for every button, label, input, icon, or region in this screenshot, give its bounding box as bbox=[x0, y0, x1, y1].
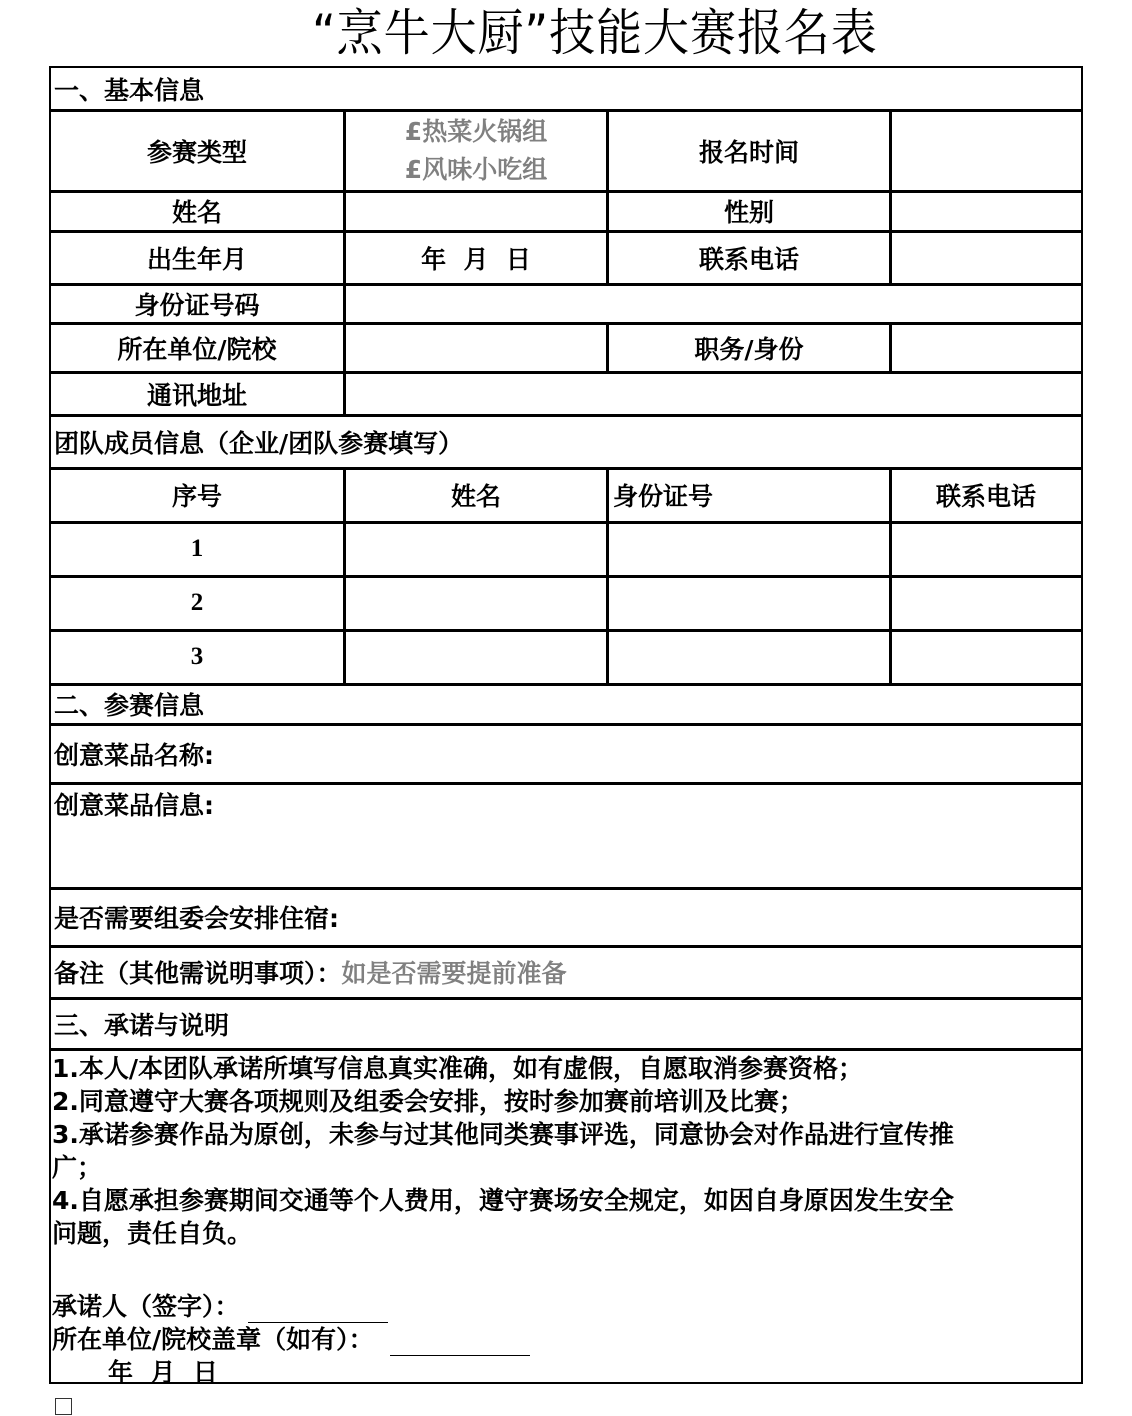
checkbox[interactable] bbox=[55, 1398, 72, 1415]
team-row-index: 2 bbox=[51, 577, 343, 629]
team-row-id-field[interactable] bbox=[609, 577, 889, 629]
form-title-text: “烹牛大厨”技能大赛报名表 bbox=[312, 2, 878, 64]
lodging-field[interactable]: 是否需要组委会安排住宿: bbox=[50, 889, 1080, 945]
stamp-row: 所在单位/院校盖章（如有）： bbox=[52, 1323, 1077, 1356]
dish-info-field[interactable]: 创意菜品信息: bbox=[50, 784, 1080, 887]
team-row-name-field[interactable] bbox=[346, 631, 606, 683]
label-gender: 性别 bbox=[609, 192, 889, 230]
label-organization: 所在单位/院校 bbox=[51, 324, 343, 371]
team-row-name-field[interactable] bbox=[346, 577, 606, 629]
commitment-line-4b: 问题，责任自负。 bbox=[52, 1217, 1077, 1250]
label-stamp: 所在单位/院校盖章（如有）： bbox=[52, 1325, 374, 1354]
team-row-index: 3 bbox=[51, 631, 343, 683]
team-row-id-field[interactable] bbox=[609, 523, 889, 575]
option-hot-dish-hotpot[interactable]: £热菜火锅组 bbox=[405, 113, 547, 151]
commitment-text: 1.本人/本团队承诺所填写信息真实准确，如有虚假，自愿取消参赛资格； 2.同意遵… bbox=[52, 1052, 1077, 1389]
section-header-commitment: 三、承诺与说明 bbox=[50, 999, 1080, 1048]
label-phone: 联系电话 bbox=[609, 232, 889, 283]
remarks-placeholder: 如是否需要提前准备 bbox=[342, 954, 567, 990]
team-row-index: 1 bbox=[51, 523, 343, 575]
remarks-field[interactable]: 备注（其他需说明事项）： 如是否需要提前准备 bbox=[50, 947, 1080, 997]
birth-date-field[interactable]: 年 月 日 bbox=[346, 232, 606, 283]
label-id-number: 身份证号码 bbox=[51, 285, 343, 322]
team-row-phone-field[interactable] bbox=[892, 577, 1080, 629]
label-signer: 承诺人（签字）： bbox=[52, 1292, 240, 1321]
label-name: 姓名 bbox=[51, 192, 343, 230]
commitment-date: 年 月 日 bbox=[52, 1356, 1077, 1389]
team-row-phone-field[interactable] bbox=[892, 631, 1080, 683]
id-number-field[interactable] bbox=[346, 285, 1080, 322]
signer-signature-line[interactable] bbox=[248, 1302, 388, 1323]
position-field[interactable] bbox=[892, 324, 1080, 371]
label-position: 职务/身份 bbox=[609, 324, 889, 371]
section-header-competition-info: 二、参赛信息 bbox=[50, 685, 1080, 723]
dish-name-field[interactable]: 创意菜品名称: bbox=[50, 725, 1080, 782]
team-col-name: 姓名 bbox=[346, 469, 606, 521]
stamp-line[interactable] bbox=[390, 1335, 530, 1356]
address-field[interactable] bbox=[346, 373, 1080, 414]
form-title: “烹牛大厨”技能大赛报名表 bbox=[0, 2, 1132, 64]
option-snack[interactable]: £风味小吃组 bbox=[405, 151, 547, 189]
organization-field[interactable] bbox=[346, 324, 606, 371]
team-row-id-field[interactable] bbox=[609, 631, 889, 683]
gender-field[interactable] bbox=[892, 192, 1080, 230]
commitment-line-3: 3.承诺参赛作品为原创，未参与过其他同类赛事评选，同意协会对作品进行宣传推 bbox=[52, 1118, 1077, 1151]
spacer bbox=[52, 1250, 1077, 1290]
signup-time-field[interactable] bbox=[892, 112, 1080, 190]
competition-type-options[interactable]: £热菜火锅组 £风味小吃组 bbox=[346, 112, 606, 190]
team-col-id: 身份证号 bbox=[609, 469, 889, 521]
commitment-line-3b: 广； bbox=[52, 1151, 1077, 1184]
divider bbox=[49, 1048, 1083, 1051]
signer-row: 承诺人（签字）： bbox=[52, 1290, 1077, 1323]
team-col-phone: 联系电话 bbox=[892, 469, 1080, 521]
label-competition-type: 参赛类型 bbox=[51, 112, 343, 190]
commitment-line-4: 4.自愿承担参赛期间交通等个人费用，遵守赛场安全规定，如因自身原因发生安全 bbox=[52, 1184, 1077, 1217]
team-section-header: 团队成员信息（企业/团队参赛填写） bbox=[50, 416, 1080, 467]
team-row-phone-field[interactable] bbox=[892, 523, 1080, 575]
label-dish-info: 创意菜品信息: bbox=[54, 786, 214, 822]
label-address: 通讯地址 bbox=[51, 373, 343, 414]
team-row-name-field[interactable] bbox=[346, 523, 606, 575]
team-col-index: 序号 bbox=[51, 469, 343, 521]
label-lodging: 是否需要组委会安排住宿: bbox=[54, 899, 339, 935]
commitment-line-2: 2.同意遵守大赛各项规则及组委会安排，按时参加赛前培训及比赛； bbox=[52, 1085, 1077, 1118]
phone-field[interactable] bbox=[892, 232, 1080, 283]
label-dish-name: 创意菜品名称: bbox=[54, 736, 214, 772]
label-signup-time: 报名时间 bbox=[609, 112, 889, 190]
label-remarks: 备注（其他需说明事项）： bbox=[54, 954, 342, 990]
commitment-line-1: 1.本人/本团队承诺所填写信息真实准确，如有虚假，自愿取消参赛资格； bbox=[52, 1052, 1077, 1085]
section-header-basic-info: 一、基本信息 bbox=[50, 68, 1080, 109]
label-birth-date: 出生年月 bbox=[51, 232, 343, 283]
name-field[interactable] bbox=[346, 192, 606, 230]
